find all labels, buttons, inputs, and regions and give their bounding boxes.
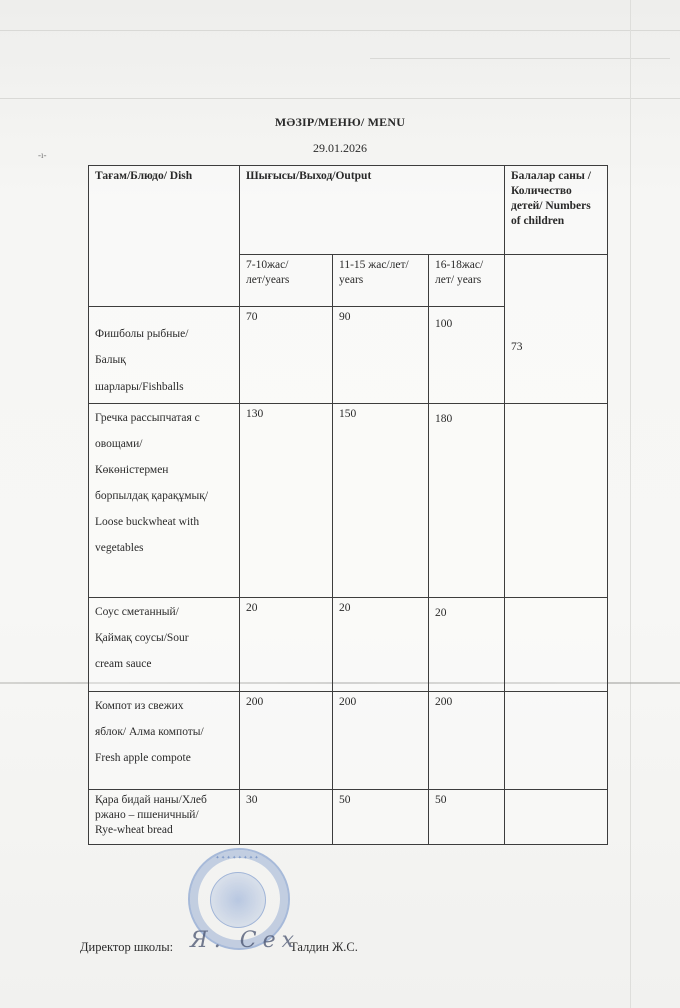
dish-line: борпылдақ қарақұмық/ (95, 490, 208, 502)
dish-line: vegetables (95, 542, 144, 554)
children-count: 73 (505, 255, 608, 404)
director-signature: Я. Сех (190, 928, 300, 953)
output-11-15: 50 (333, 790, 429, 845)
dish-cell: Соус сметанный/ Қаймақ соусы/Sour cream … (89, 598, 240, 692)
dish-line: овощами/ (95, 438, 142, 450)
age-group-11-15: 11-15 жас/лет/ years (333, 255, 429, 307)
dish-cell: Гречка рассыпчатая с овощами/ Көкөністер… (89, 404, 240, 598)
output-11-15: 90 (333, 307, 429, 404)
children-empty-cell (505, 692, 608, 790)
dish-line: Балық (95, 354, 126, 366)
dish-line: ржано – пшеничный/ (95, 809, 199, 821)
document-title: МӘЗІР/МЕНЮ/ MENU (0, 115, 680, 130)
age-group-16-18: 16-18жас/лет/ years (429, 255, 505, 307)
director-name: Талдин Ж.С. (290, 940, 358, 955)
dish-line: Көкөністермен (95, 464, 168, 476)
dish-line: Гречка рассыпчатая с (95, 412, 200, 424)
bleed-through-line (370, 58, 670, 59)
dish-line: cream sauce (95, 658, 152, 670)
output-16-18: 20 (429, 598, 505, 692)
age-group-7-10: 7-10жас/лет/years (240, 255, 333, 307)
table-row: Гречка рассыпчатая с овощами/ Көкөністер… (89, 404, 608, 598)
dish-line: Fresh apple compote (95, 752, 191, 764)
children-empty-cell (505, 598, 608, 692)
dish-line: яблок/ Алма компоты/ (95, 726, 204, 738)
menu-table: Тағам/Блюдо/ Dish Шығысы/Выход/Output Ба… (88, 165, 608, 845)
table-row: Қара бидай наны/Хлеб ржано – пшеничный/ … (89, 790, 608, 845)
table-row: Компот из свежих яблок/ Алма компоты/ Fr… (89, 692, 608, 790)
output-7-10: 200 (240, 692, 333, 790)
dish-line: Қара бидай наны/Хлеб (95, 794, 207, 806)
output-7-10: 70 (240, 307, 333, 404)
output-16-18: 200 (429, 692, 505, 790)
dish-line: Компот из свежих (95, 700, 184, 712)
document-date: 29.01.2026 (0, 141, 680, 156)
bleed-through-line (0, 30, 680, 31)
output-16-18: 100 (429, 307, 505, 404)
dish-line: Фишболы рыбные/ (95, 328, 188, 340)
dish-line: Соус сметанный/ (95, 606, 179, 618)
dish-cell: Қара бидай наны/Хлеб ржано – пшеничный/ … (89, 790, 240, 845)
dish-line: Rye-wheat bread (95, 824, 173, 836)
header-output: Шығысы/Выход/Output (240, 166, 505, 255)
dish-line: шарлары/Fishballs (95, 381, 184, 393)
children-empty-cell (505, 790, 608, 845)
dish-cell: Фишболы рыбные/ Балық шарлары/Fishballs (89, 307, 240, 404)
seal-ring-text: ✦ ✦ ✦ ✦ ✦ ✦ ✦ ✦ (194, 856, 280, 862)
dish-cell: Компот из свежих яблок/ Алма компоты/ Fr… (89, 692, 240, 790)
output-7-10: 130 (240, 404, 333, 598)
header-row: Тағам/Блюдо/ Dish Шығысы/Выход/Output Ба… (89, 166, 608, 255)
emblem-icon (210, 872, 266, 928)
dish-line: Қаймақ соусы/Sour (95, 632, 189, 644)
output-11-15: 150 (333, 404, 429, 598)
director-label: Директор школы: (80, 940, 173, 955)
output-16-18: 50 (429, 790, 505, 845)
dish-line: Loose buckwheat with (95, 516, 199, 528)
header-dish: Тағам/Блюдо/ Dish (89, 166, 240, 307)
header-children: Балалар саны /Количество детей/ Numbers … (505, 166, 608, 255)
output-7-10: 20 (240, 598, 333, 692)
output-11-15: 20 (333, 598, 429, 692)
bleed-through-line (0, 98, 680, 99)
output-7-10: 30 (240, 790, 333, 845)
children-empty-cell (505, 404, 608, 598)
table-row: Соус сметанный/ Қаймақ соусы/Sour cream … (89, 598, 608, 692)
output-16-18: 180 (429, 404, 505, 598)
output-11-15: 200 (333, 692, 429, 790)
